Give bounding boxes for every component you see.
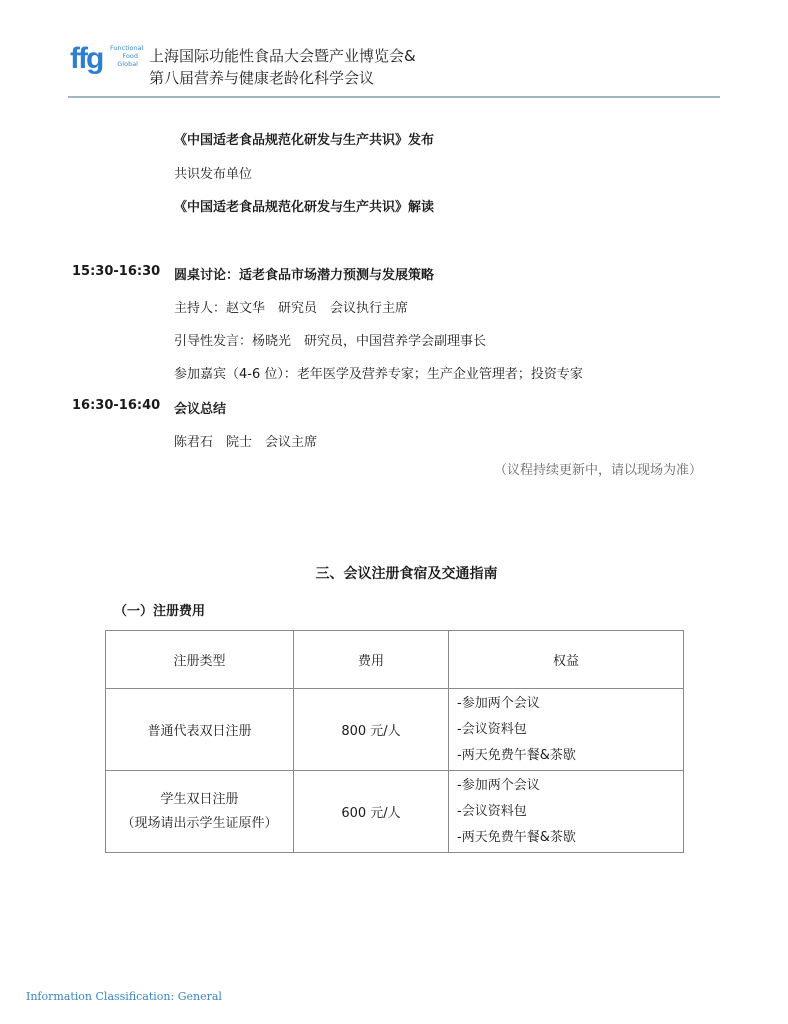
logo-mark: ffg [70,42,102,76]
cell-fee: 800 元/人 [294,689,449,771]
section-title: 三、会议注册食宿及交通指南 [0,563,788,583]
header-title-line-1: 上海国际功能性食品大会暨产业博览会& [149,45,416,67]
header-fee: 费用 [294,631,449,689]
cell-type: 普通代表双日注册 [106,689,294,771]
type-label: 普通代表双日注册 [107,720,292,739]
agenda-item-interpretation: 《中国适老食品规范化研发与生产共识》解读 [174,196,434,215]
benefit-item: -会议资料包 [457,717,682,743]
agenda-item-release: 《中国适老食品规范化研发与生产共识》发布 [174,129,434,148]
header-benefits: 权益 [449,631,684,689]
benefit-item: -两天免费午餐&茶歇 [457,743,682,769]
type-label: 学生双日注册 [107,788,292,812]
logo-sub-3: Global [110,60,138,68]
type-note: （现场请出示学生证原件） [107,812,292,836]
logo-subtext: Functional Food Global [110,44,138,68]
information-classification: Information Classification: General [26,990,222,1003]
session-host: 主持人：赵文华 研究员 会议执行主席 [174,297,408,316]
logo-sub-1: Functional [110,44,138,52]
table-row: 学生双日注册 （现场请出示学生证原件） 600 元/人 -参加两个会议 -会议资… [106,771,684,853]
table-header-row: 注册类型 费用 权益 [106,631,684,689]
registration-fee-table: 注册类型 费用 权益 普通代表双日注册 800 元/人 -参加两个会议 -会议资… [105,630,684,853]
header-title: 上海国际功能性食品大会暨产业博览会& 第八届营养与健康老龄化科学会议 [149,45,416,89]
header-divider [68,96,720,98]
logo-sub-2: Food [110,52,138,60]
benefit-item: -参加两个会议 [457,773,682,799]
benefit-item: -会议资料包 [457,799,682,825]
benefit-item: -两天免费午餐&茶歇 [457,825,682,851]
session-keynote: 引导性发言：杨晓光 研究员，中国营养学会副理事长 [174,330,486,349]
session-title: 圆桌讨论：适老食品市场潜力预测与发展策略 [174,264,434,283]
cell-fee: 600 元/人 [294,771,449,853]
header-title-line-2: 第八届营养与健康老龄化科学会议 [149,67,416,89]
session-title: 会议总结 [174,398,226,417]
session-time: 16:30-16:40 [72,398,160,413]
cell-benefits: -参加两个会议 -会议资料包 -两天免费午餐&茶歇 [449,771,684,853]
header-type: 注册类型 [106,631,294,689]
benefit-item: -参加两个会议 [457,691,682,717]
session-chair: 陈君石 院士 会议主席 [174,431,317,450]
session-guests: 参加嘉宾（4-6 位）：老年医学及营养专家；生产企业管理者；投资专家 [174,363,583,382]
subsection-title: （一）注册费用 [114,600,205,619]
ffg-logo: ffg Functional Food Global [70,42,140,82]
agenda-update-note: （议程持续更新中，请以现场为准） [494,459,702,478]
session-time: 15:30-16:30 [72,264,160,279]
table-row: 普通代表双日注册 800 元/人 -参加两个会议 -会议资料包 -两天免费午餐&… [106,689,684,771]
cell-type: 学生双日注册 （现场请出示学生证原件） [106,771,294,853]
cell-benefits: -参加两个会议 -会议资料包 -两天免费午餐&茶歇 [449,689,684,771]
agenda-item-units: 共识发布单位 [174,163,252,182]
